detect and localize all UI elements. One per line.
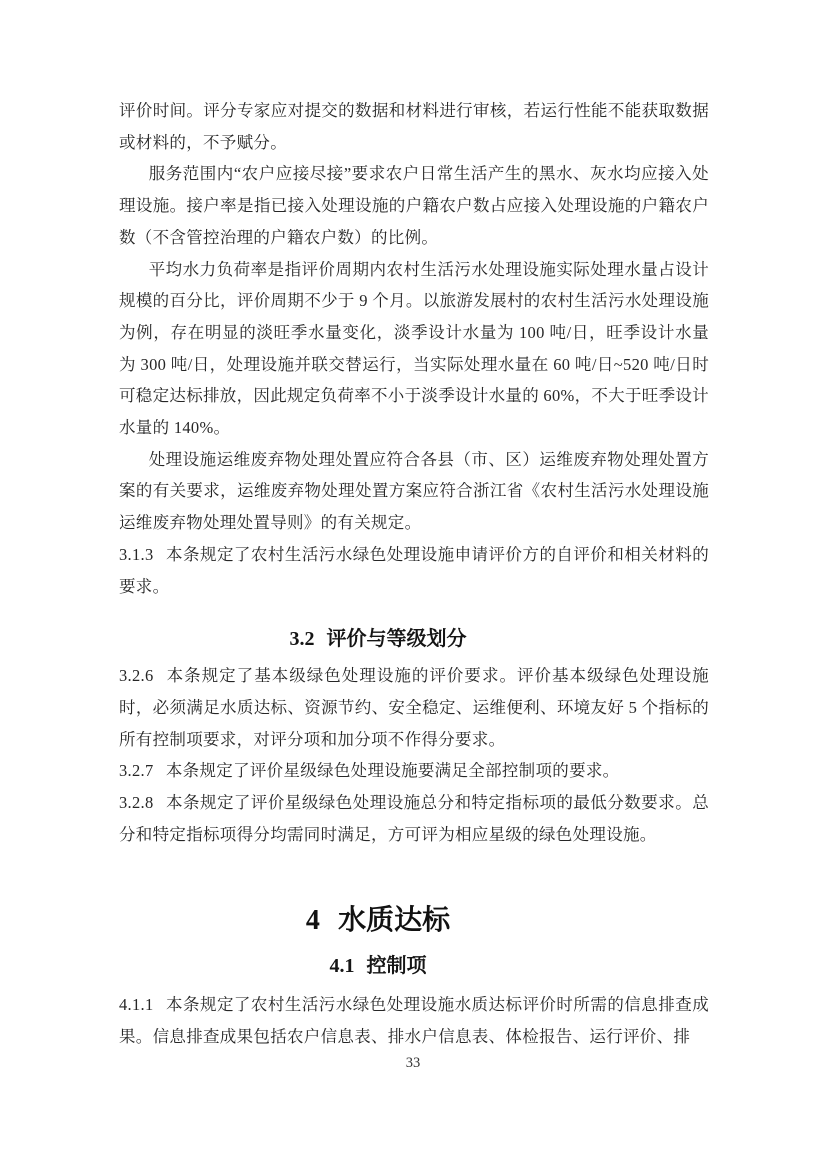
section-number: 3.2	[290, 628, 315, 650]
clause-number: 4.1.1	[119, 995, 154, 1014]
clause-number: 3.1.3	[119, 545, 154, 564]
clause-text: 本条规定了基本级绿色处理设施的评价要求。评价基本级绿色处理设施时，必须满足水质达…	[119, 666, 709, 748]
clause-4-1-1: 4.1.1本条规定了农村生活污水绿色处理设施水质达标评价时所需的信息排查成果。信…	[119, 989, 709, 1052]
clause-number: 3.2.6	[119, 666, 154, 685]
section-heading-3-2: 3.2评价与等级划分	[119, 622, 637, 656]
clause-text: 本条规定了评价星级绿色处理设施总分和特定指标项的最低分数要求。总分和特定指标项得…	[119, 793, 709, 844]
section-heading-4-1: 4.1控制项	[119, 949, 637, 983]
clause-text: 本条规定了农村生活污水绿色处理设施申请评价方的自评价和相关材料的要求。	[119, 545, 709, 596]
paragraph-waste-disposal: 处理设施运维废弃物处理处置应符合各县（市、区）运维废弃物处理处置方案的有关要求，…	[119, 444, 709, 539]
document-page: 评价时间。评分专家应对提交的数据和材料进行审核，若运行性能不能获取数据或材料的，…	[0, 0, 826, 1169]
chapter-number: 4	[306, 905, 320, 936]
page-content: 评价时间。评分专家应对提交的数据和材料进行审核，若运行性能不能获取数据或材料的，…	[119, 95, 709, 1053]
page-number: 33	[0, 1053, 826, 1073]
chapter-heading-4: 4水质达标	[119, 900, 637, 941]
chapter-title: 水质达标	[338, 904, 450, 935]
clause-3-1-3: 3.1.3本条规定了农村生活污水绿色处理设施申请评价方的自评价和相关材料的要求。	[119, 539, 709, 602]
clause-3-2-7: 3.2.7本条规定了评价星级绿色处理设施要满足全部控制项的要求。	[119, 755, 709, 787]
clause-text: 本条规定了农村生活污水绿色处理设施水质达标评价时所需的信息排查成果。信息排查成果…	[119, 995, 709, 1046]
paragraph-service-scope: 服务范围内“农户应接尽接”要求农户日常生活产生的黑水、灰水均应接入处理设施。接户…	[119, 158, 709, 253]
clause-3-2-6: 3.2.6本条规定了基本级绿色处理设施的评价要求。评价基本级绿色处理设施时，必须…	[119, 660, 709, 755]
section-number: 4.1	[330, 955, 355, 977]
paragraph-hydraulic-load: 平均水力负荷率是指评价周期内农村生活污水处理设施实际处理水量占设计规模的百分比，…	[119, 254, 709, 444]
section-title: 控制项	[367, 955, 427, 977]
paragraph-continuation: 评价时间。评分专家应对提交的数据和材料进行审核，若运行性能不能获取数据或材料的，…	[119, 95, 709, 158]
section-title: 评价与等级划分	[327, 628, 467, 650]
clause-number: 3.2.7	[119, 761, 154, 780]
clause-number: 3.2.8	[119, 793, 154, 812]
clause-3-2-8: 3.2.8本条规定了评价星级绿色处理设施总分和特定指标项的最低分数要求。总分和特…	[119, 787, 709, 850]
clause-text: 本条规定了评价星级绿色处理设施要满足全部控制项的要求。	[166, 761, 620, 780]
